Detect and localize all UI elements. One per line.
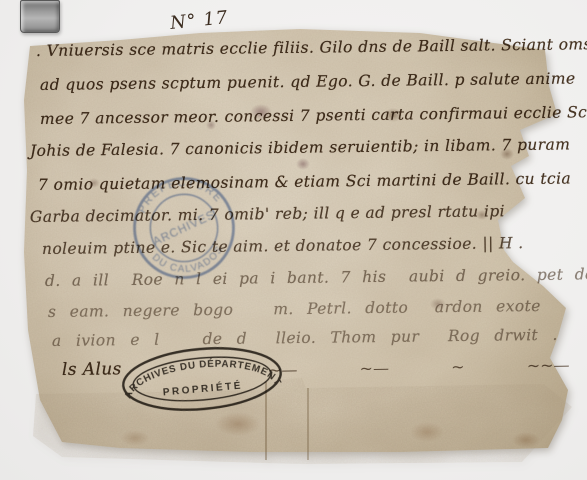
metal-clip: [20, 0, 60, 33]
manuscript-line: ls Alus: [62, 359, 122, 380]
fold-stain: [215, 412, 261, 436]
fold-stain: [120, 430, 150, 446]
ink-stain: [296, 158, 310, 170]
photo-background: PRÉFECTURE DU CALVADOS ARCHIVES N° 17 . …: [0, 0, 587, 480]
fold-stain: [410, 422, 444, 442]
black-department-stamp: ARCHIVES DU DÉPARTEMENT PROPRIÉTÉ: [113, 335, 291, 424]
fold-stain: [512, 432, 540, 448]
